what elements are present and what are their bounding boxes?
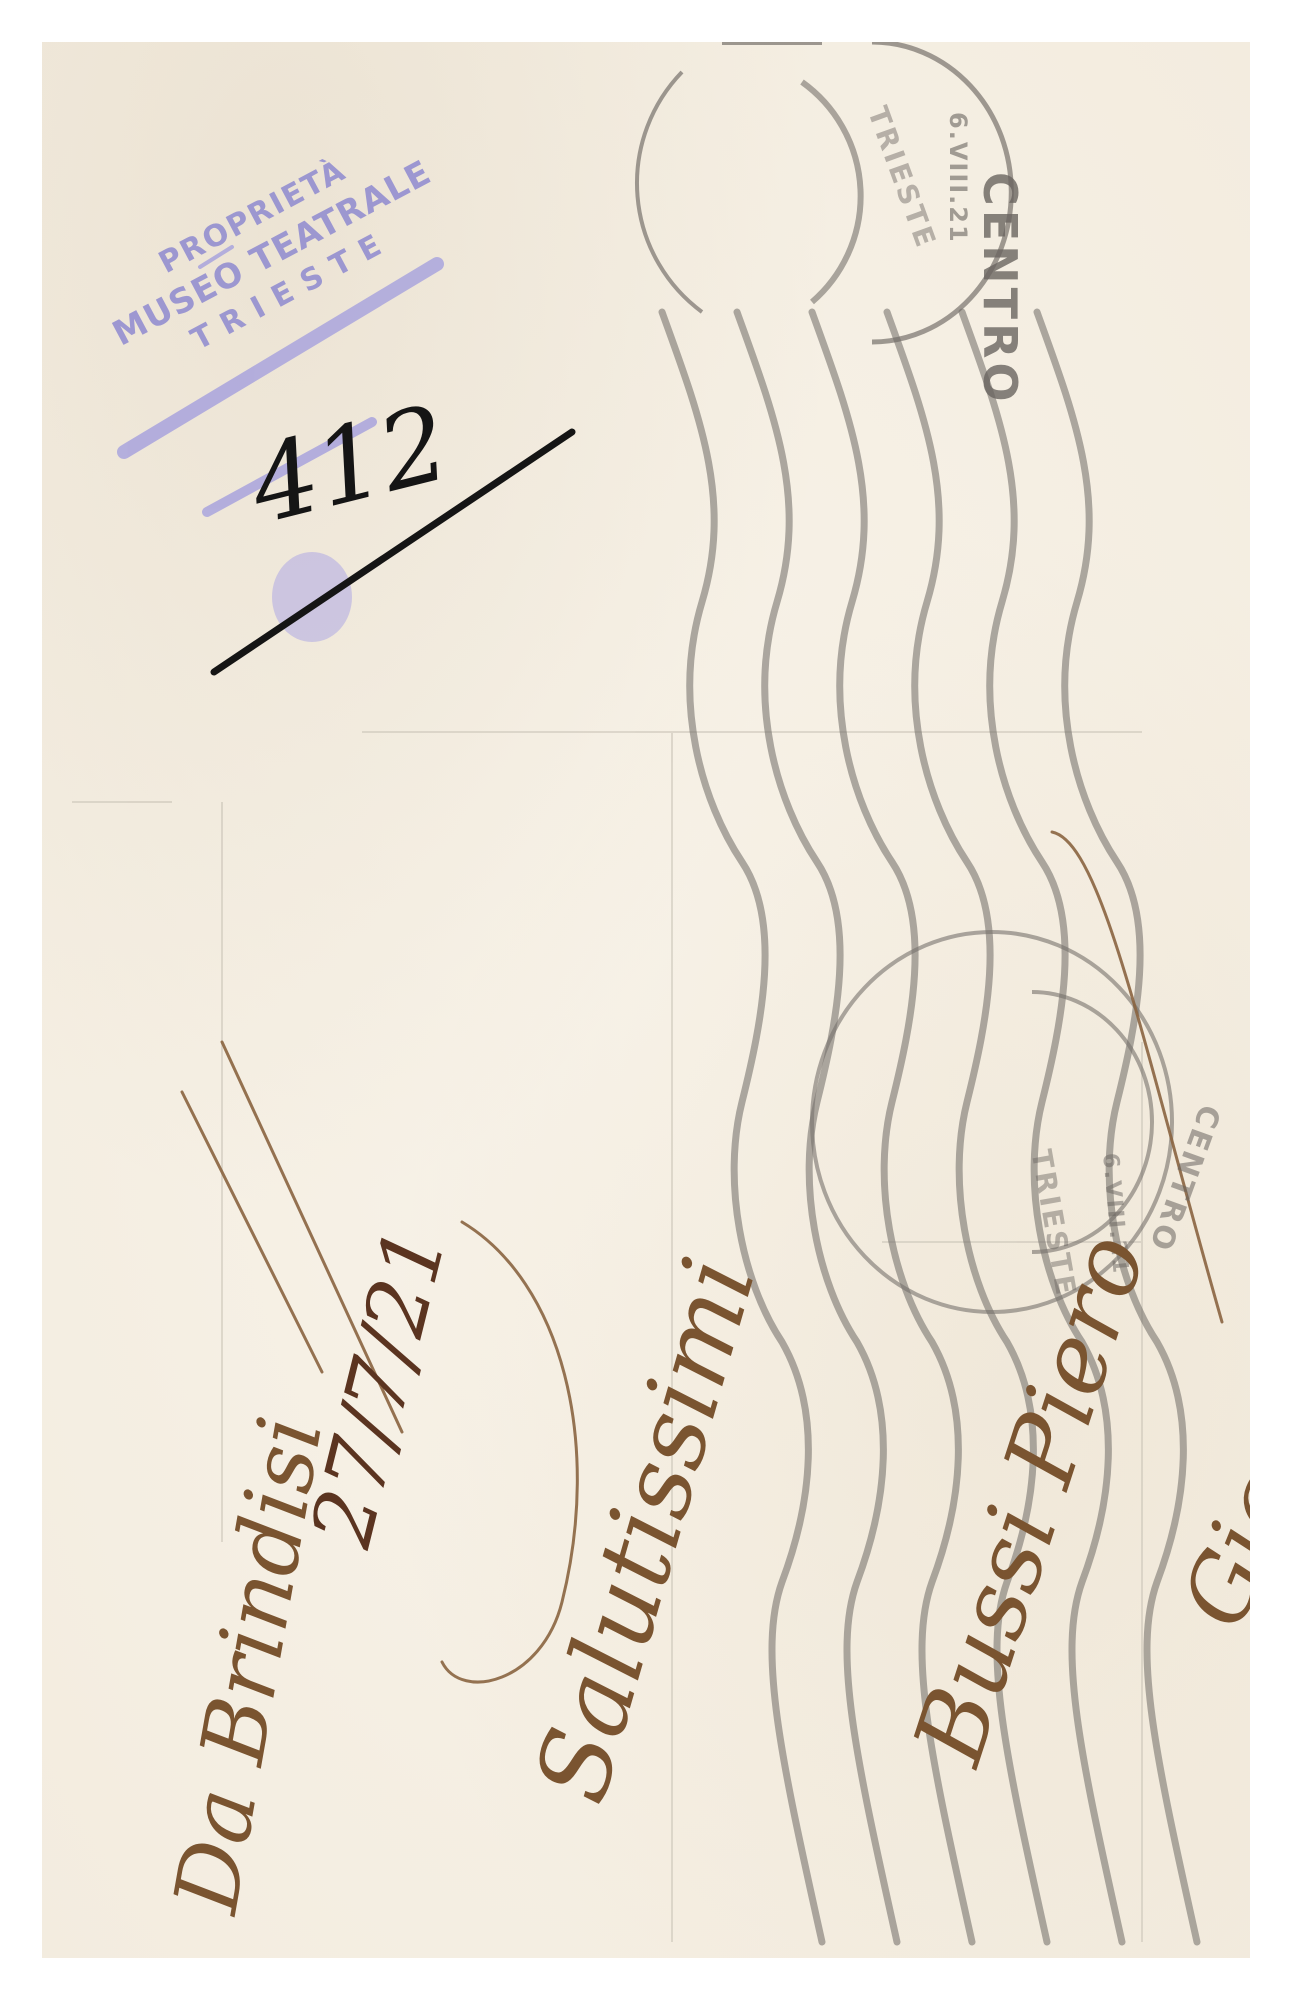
postcard: PROPRIETÀ MUSEO TEATRALE TRIESTE 412 TRI…: [42, 42, 1250, 1958]
postmark-top-office: CENTRO: [973, 172, 1027, 406]
postmark-top-date: 6.VIII.21: [944, 112, 972, 244]
